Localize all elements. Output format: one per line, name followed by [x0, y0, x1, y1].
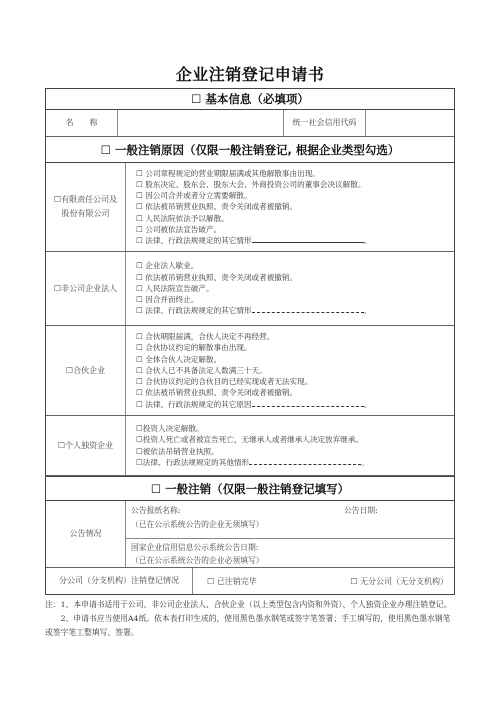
reason-option[interactable]: ☐ 公司被依法宣告破产。 — [136, 224, 221, 235]
branch-options: ☐ 已注销完毕 ☐ 无分公司（无分支机构） — [193, 568, 454, 594]
gsxt-cell[interactable]: 国家企业信用信息公示系统公告日期: （已在公示系统公告的企业必须填写） — [126, 539, 454, 567]
note-1: 注：1、本申请书适用于公司、非公司企业法人、合伙企业（以上类型包含内资和外资）、… — [45, 598, 457, 612]
announcement-row: 公告情况 公告报纸名称: （已在公示系统公告的企业无须填写） 公告日期: 国家企… — [46, 501, 454, 568]
notes: 注：1、本申请书适用于公司、非公司企业法人、合伙企业（以上类型包含内资和外资）、… — [45, 598, 457, 640]
reason-option[interactable]: ☐ 合伙协议约定的解散事由出现。 — [136, 342, 252, 353]
announcement-date-label[interactable]: 公告日期: — [344, 504, 378, 518]
reason-option-other[interactable]: ☐法律、行政法规规定的其他情形。 — [136, 457, 369, 468]
newspaper-label: 公告报纸名称: — [131, 504, 454, 518]
reason-option[interactable]: ☐ 合伙人已不具备法定人数满三十天。 — [136, 365, 267, 376]
gsxt-note: （已在公示系统公告的企业必须填写） — [131, 554, 454, 567]
period: 。 — [364, 400, 372, 409]
page-title: 企业注销登记申请书 — [0, 62, 500, 85]
reasons-header-label: ☐ 一般注销原因（仅限一般注销登记, 根据企业类型勾选） — [101, 142, 400, 158]
newspaper-cell[interactable]: 公告报纸名称: （已在公示系统公告的企业无须填写） 公告日期: — [126, 501, 454, 539]
reason-option[interactable]: ☐ 因合并而终止。 — [136, 294, 198, 305]
reason-group-sole-proprietorship: ☐个人独资企业 ☐投资人决定解散。 ☐投资人死亡或者被宣告死亡，无继承人或者继承… — [46, 416, 454, 476]
other-reason-blank[interactable] — [252, 305, 364, 313]
reason-group-company: ☐有限责任公司及股份有限公司 ☐ 公司章程规定的营业期限届满或其他解散事由出现。… — [46, 163, 454, 252]
reason-option-other[interactable]: ☐ 法律、行政法规规定的其它情形。 — [136, 305, 371, 316]
other-reason-blank[interactable] — [252, 399, 364, 407]
reason-option[interactable]: ☐投资人决定解散。 — [136, 423, 204, 434]
note-2: 2、申请书应当使用A4纸。依本表打印生成的，使用黑色墨水钢笔或签字笔签署；手工填… — [45, 612, 457, 640]
reason-items: ☐ 合伙期限届满，合伙人决定不再经营。 ☐ 合伙协议约定的解散事由出现。 ☐ 全… — [126, 326, 454, 415]
period: 。 — [364, 236, 372, 245]
general-cancel-header-label: ☐ 一般注销（仅限一般注销登记填写） — [151, 481, 349, 497]
reason-option[interactable]: ☐ 因公司合并或者分立需要解散。 — [136, 190, 252, 201]
general-cancel-header[interactable]: ☐ 一般注销（仅限一般注销登记填写） — [46, 476, 454, 501]
reason-option-other[interactable]: ☐ 法律、行政法规规定的其它原因。 — [136, 399, 371, 410]
reason-option-other[interactable]: ☐ 法律、行政法规规定的其它情形。 — [136, 235, 371, 246]
reason-option[interactable]: ☐被依法吊销营业执照。 — [136, 446, 219, 457]
period: 。 — [361, 458, 369, 467]
reason-option-label: ☐ 法律、行政法规规定的其它原因 — [136, 400, 252, 409]
name-field[interactable] — [118, 110, 284, 136]
reason-group-non-company: ☐非公司企业法人 ☐ 企业法人歇业。 ☐ 依法被吊销营业执照、责令关闭或者被撤销… — [46, 252, 454, 326]
reason-option[interactable]: ☐ 依法被吊销营业执照、责令关闭或者被撤销。 — [136, 272, 297, 283]
application-form-table: ☐ 基本信息（必填项） 名 称 统一社会信用代码 ☐ 一般注销原因（仅限一般注销… — [45, 88, 455, 595]
other-reason-blank[interactable] — [249, 457, 361, 465]
reason-items: ☐ 企业法人歇业。 ☐ 依法被吊销营业执照、责令关闭或者被撤销。 ☐ 人民法院宣… — [126, 252, 454, 325]
reason-group-partnership: ☐合伙企业 ☐ 合伙期限届满，合伙人决定不再经营。 ☐ 合伙协议约定的解散事由出… — [46, 326, 454, 416]
reason-option[interactable]: ☐ 股东决定、股东会、股东大会、外商投资公司的董事会决议解散。 — [136, 179, 365, 190]
announcement-details: 公告报纸名称: （已在公示系统公告的企业无须填写） 公告日期: 国家企业信用信息… — [126, 501, 454, 567]
reason-option[interactable]: ☐ 公司章程规定的营业期限届满或其他解散事由出现。 — [136, 168, 320, 179]
credit-code-field[interactable] — [366, 110, 454, 136]
branch-row: 分公司（分支机构）注销登记情况 ☐ 已注销完毕 ☐ 无分公司（无分支机构） — [46, 568, 454, 594]
branch-none-checkbox[interactable]: ☐ 无分公司（无分支机构） — [350, 576, 448, 587]
reason-option-label: ☐ 法律、行政法规规定的其它情形 — [136, 306, 252, 315]
basic-info-header-label: ☐ 基本信息（必填项） — [191, 91, 309, 107]
name-label: 名 称 — [46, 110, 118, 136]
reason-items: ☐ 公司章程规定的营业期限届满或其他解散事由出现。 ☐ 股东决定、股东会、股东大… — [126, 163, 454, 251]
reason-option[interactable]: ☐投资人死亡或者被宣告死亡，无继承人或者继承人决定放弃继承。 — [136, 434, 363, 445]
reason-option[interactable]: ☐ 人民法院宣告破产。 — [136, 283, 214, 294]
branch-done-checkbox[interactable]: ☐ 已注销完毕 — [207, 576, 257, 587]
other-reason-blank[interactable] — [252, 235, 364, 243]
reason-option[interactable]: ☐ 全体合伙人决定解散。 — [136, 354, 221, 365]
reason-items: ☐投资人决定解散。 ☐投资人死亡或者被宣告死亡，无继承人或者继承人决定放弃继承。… — [126, 416, 454, 475]
basic-info-row: 名 称 统一社会信用代码 — [46, 110, 454, 137]
reason-option-label: ☐ 法律、行政法规规定的其它情形 — [136, 236, 252, 245]
period: 。 — [364, 306, 372, 315]
newspaper-note: （已在公示系统公告的企业无须填写） — [131, 518, 454, 532]
reason-group-label[interactable]: ☐合伙企业 — [46, 326, 126, 415]
gsxt-date-label: 国家企业信用信息公示系统公告日期: — [131, 541, 454, 554]
reason-option-label: ☐法律、行政法规规定的其他情形 — [136, 458, 249, 467]
reason-option[interactable]: ☐ 人民法院依法予以解散。 — [136, 213, 229, 224]
reasons-header[interactable]: ☐ 一般注销原因（仅限一般注销登记, 根据企业类型勾选） — [46, 137, 454, 163]
credit-code-label: 统一社会信用代码 — [284, 110, 366, 136]
reason-option[interactable]: ☐ 企业法人歇业。 — [136, 260, 198, 271]
branch-label: 分公司（分支机构）注销登记情况 — [46, 568, 193, 594]
reason-option[interactable]: ☐ 依法被吊销营业执照、责令关闭或者被撤销。 — [136, 387, 297, 398]
reason-option[interactable]: ☐ 依法被吊销营业执照、责令关闭或者被撤销。 — [136, 201, 297, 212]
reason-group-label[interactable]: ☐非公司企业法人 — [46, 252, 126, 325]
reason-option[interactable]: ☐ 合伙期限届满，合伙人决定不再经营。 — [136, 331, 274, 342]
reason-group-label[interactable]: ☐有限责任公司及股份有限公司 — [46, 163, 126, 251]
reason-group-label[interactable]: ☐个人独资企业 — [46, 416, 126, 475]
basic-info-header[interactable]: ☐ 基本信息（必填项） — [46, 89, 454, 110]
reason-option[interactable]: ☐ 合伙协议约定的合伙目的已经实现或者无法实现。 — [136, 376, 312, 387]
announcement-label: 公告情况 — [46, 501, 126, 567]
